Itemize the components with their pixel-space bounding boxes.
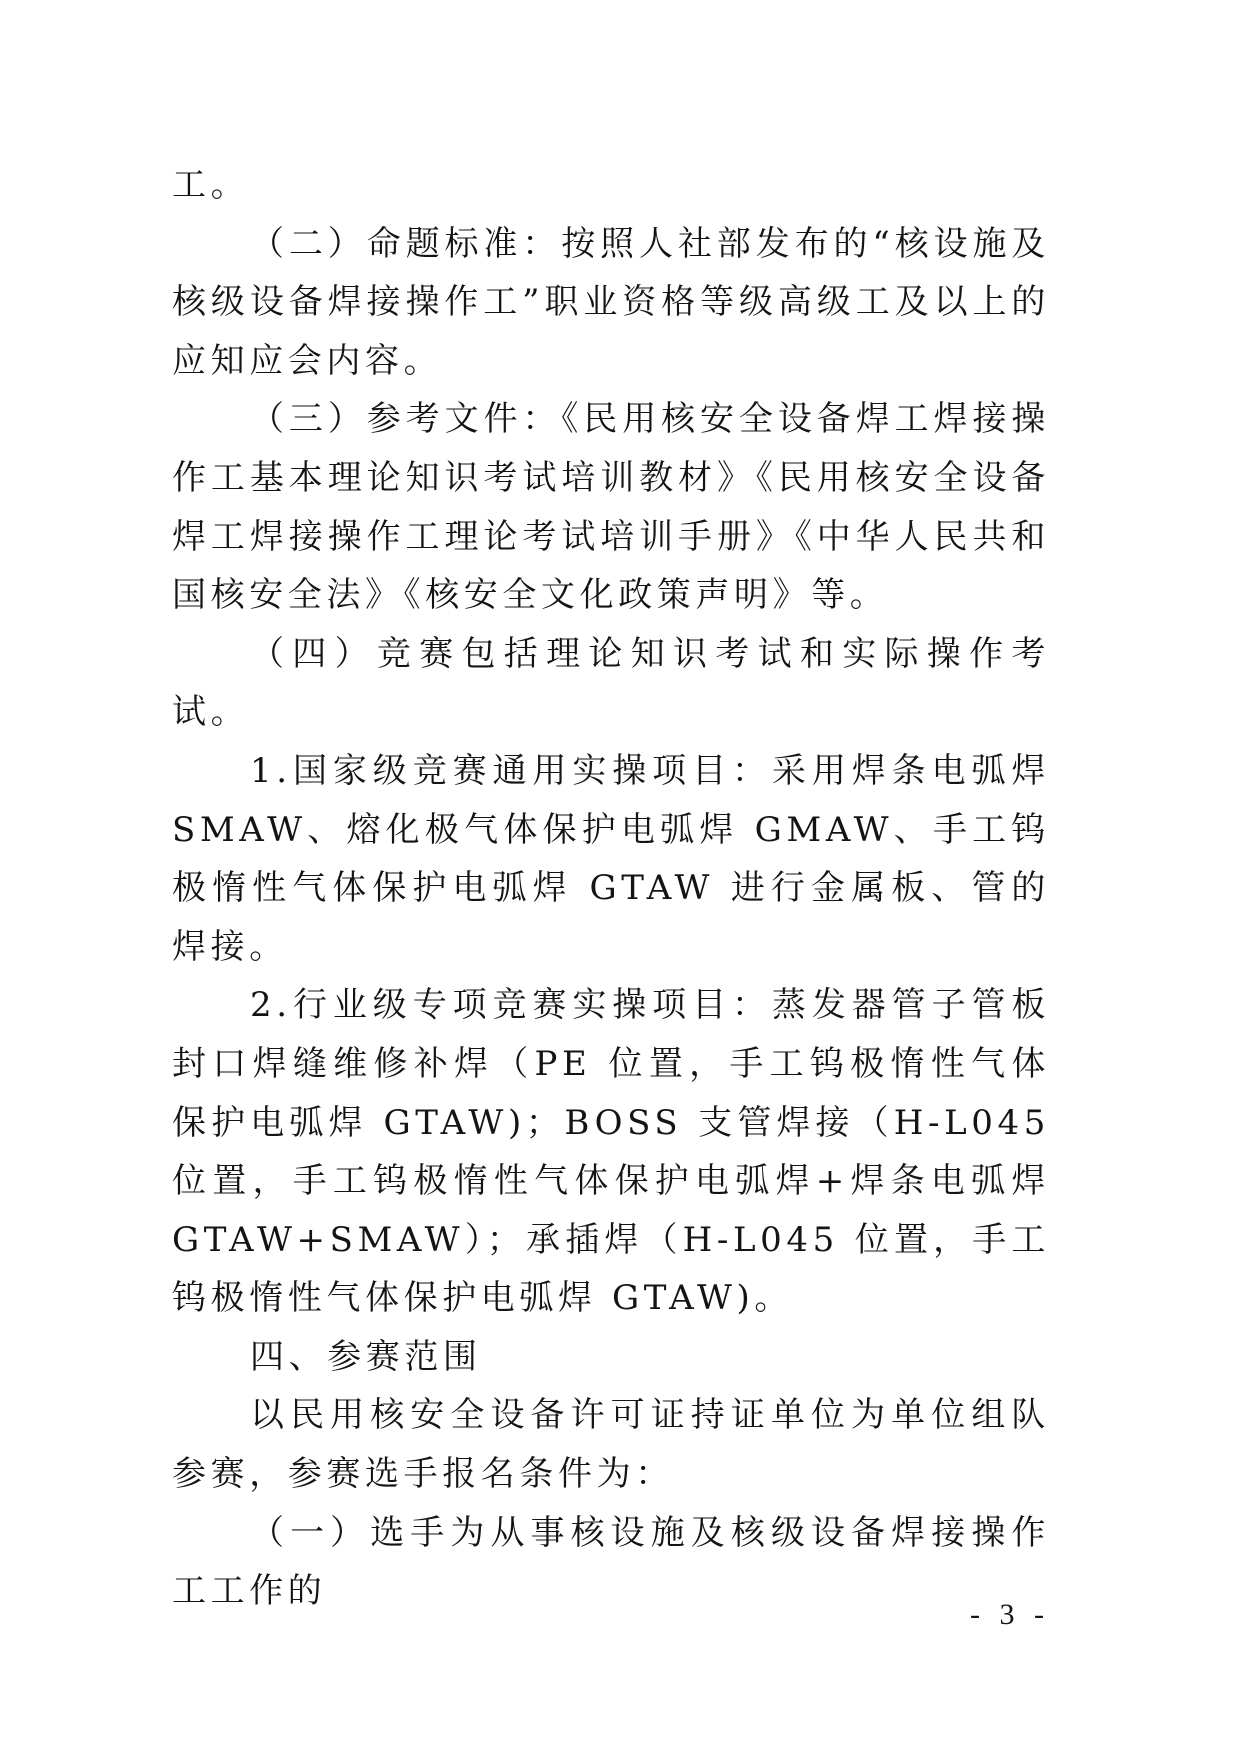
paragraph-industry-items: 2.行业级专项竞赛实操项目：蒸发器管子管板封口焊缝维修补焊（PE 位置，手工钨极… xyxy=(172,976,1050,1328)
paragraph-competition-content: （四）竞赛包括理论知识考试和实际操作考试。 xyxy=(172,625,1050,742)
paragraph-eligibility-item-1: （一）选手为从事核设施及核级设备焊接操作工工作的 xyxy=(172,1504,1050,1621)
paragraph-question-standard: （二）命题标准：按照人社部发布的“核设施及核级设备焊接操作工”职业资格等级高级工… xyxy=(172,215,1050,391)
paragraph-team-participation: 以民用核安全设备许可证持证单位为单位组队参赛，参赛选手报名条件为： xyxy=(172,1386,1050,1503)
paragraph-reference-documents: （三）参考文件：《民用核安全设备焊工焊接操作工基本理论知识考试培训教材》《民用核… xyxy=(172,390,1050,624)
page-number: - 3 - xyxy=(970,1598,1050,1632)
section-heading-participation-scope: 四、参赛范围 xyxy=(172,1328,1050,1387)
paragraph-national-items: 1.国家级竞赛通用实操项目：采用焊条电弧焊 SMAW、熔化极气体保护电弧焊 GM… xyxy=(172,742,1050,976)
paragraph-continuation: 工。 xyxy=(172,156,1050,215)
document-body: 工。 （二）命题标准：按照人社部发布的“核设施及核级设备焊接操作工”职业资格等级… xyxy=(172,156,1050,1621)
document-page: 工。 （二）命题标准：按照人社部发布的“核设施及核级设备焊接操作工”职业资格等级… xyxy=(0,0,1241,1754)
